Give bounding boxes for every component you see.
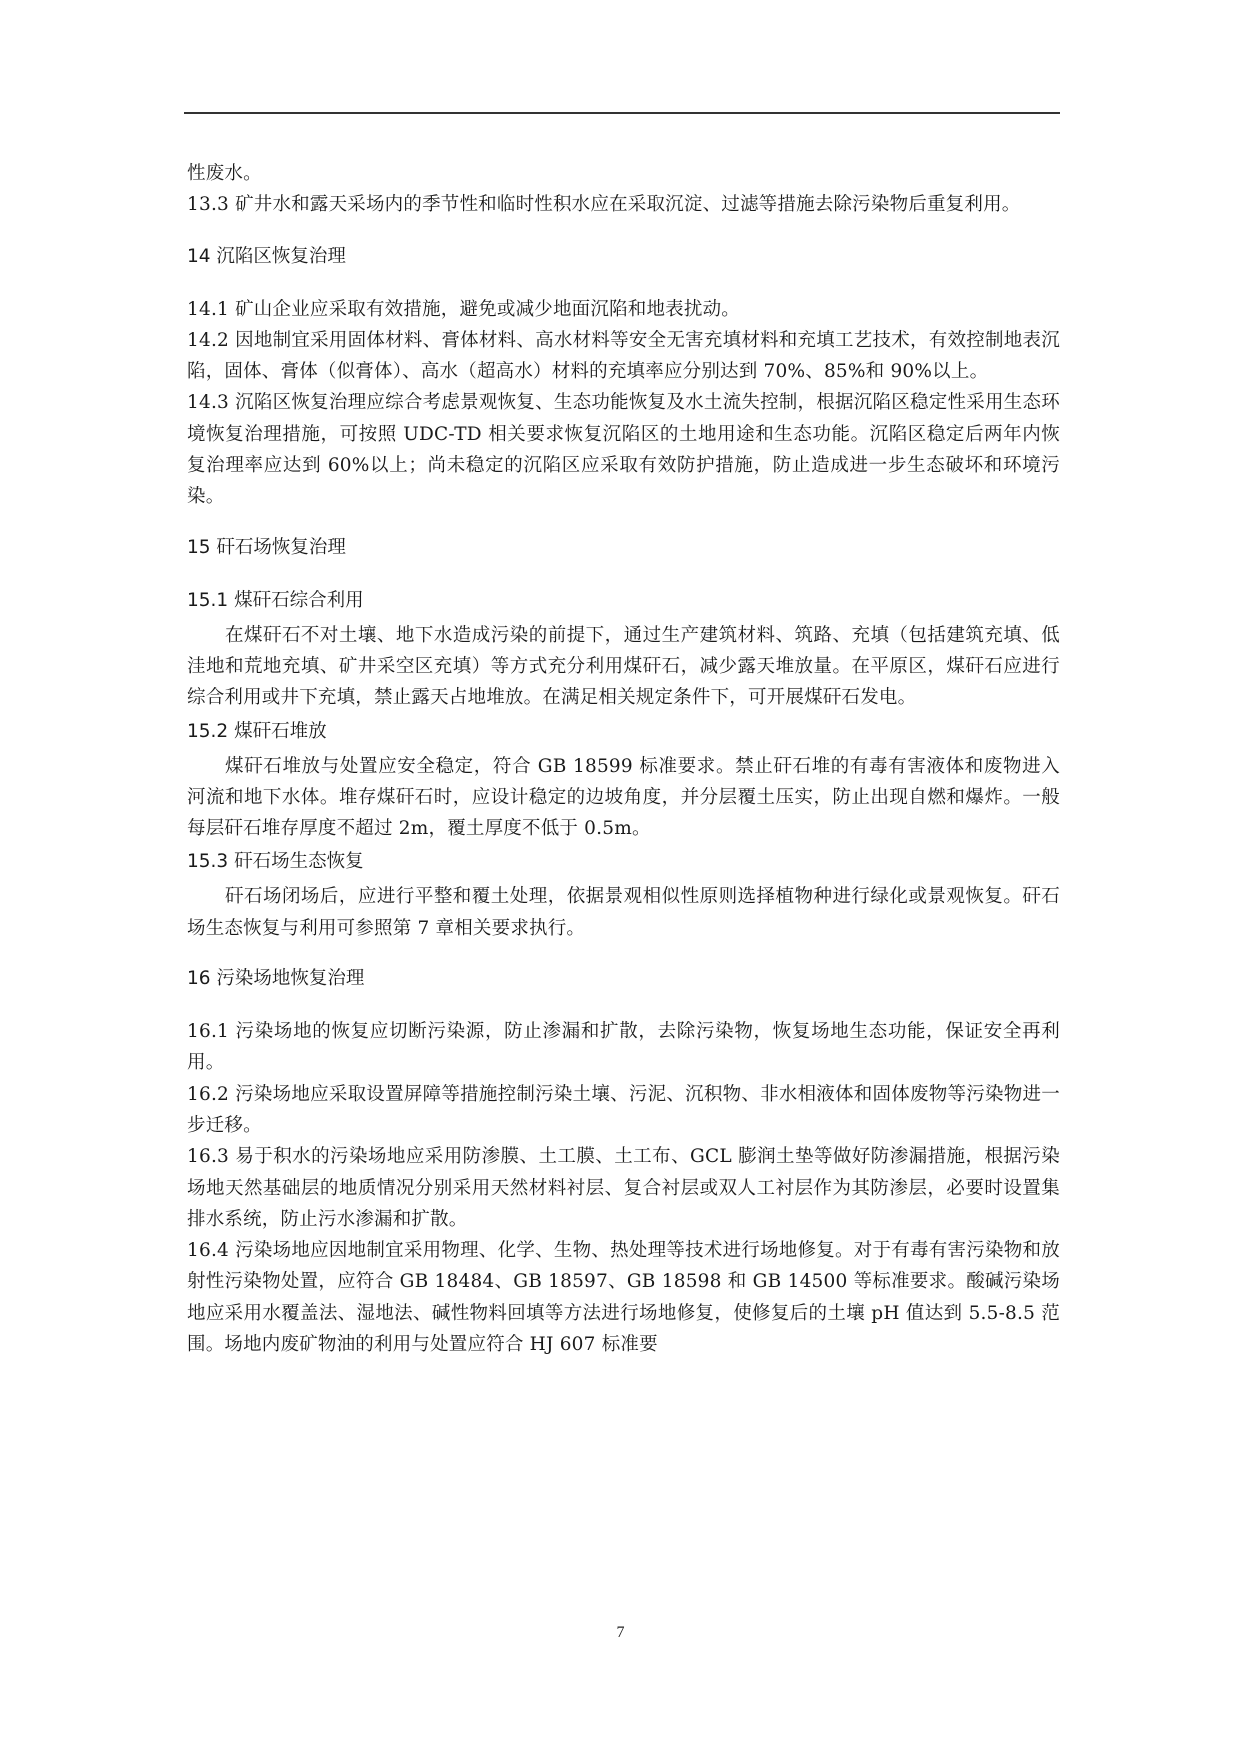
paragraph-16-2: 16.2 污染场地应采取设置屏障等措施控制污染土壤、污泥、沉积物、非水相液体和固…	[187, 1079, 1060, 1142]
heading-section-15-2: 15.2 煤矸石堆放	[187, 716, 1060, 747]
paragraph-16-1: 16.1 污染场地的恢复应切断污染源，防止渗漏和扩散，去除污染物，恢复场地生态功…	[187, 1016, 1060, 1079]
paragraph-15-2: 煤矸石堆放与处置应安全稳定，符合 GB 18599 标准要求。禁止矸石堆的有毒有…	[187, 751, 1060, 845]
heading-section-15-3: 15.3 矸石场生态恢复	[187, 846, 1060, 877]
paragraph-13-3: 13.3 矿井水和露天采场内的季节性和临时性积水应在采取沉淀、过滤等措施去除污染…	[187, 189, 1060, 220]
heading-section-15-1: 15.1 煤矸石综合利用	[187, 585, 1060, 616]
paragraph-15-1: 在煤矸石不对土壤、地下水造成污染的前提下，通过生产建筑材料、筑路、充填（包括建筑…	[187, 620, 1060, 714]
paragraph-14-2: 14.2 因地制宜采用固体材料、膏体材料、高水材料等安全无害充填材料和充填工艺技…	[187, 325, 1060, 388]
paragraph-15-3: 矸石场闭场后，应进行平整和覆土处理，依据景观相似性原则选择植物种进行绿化或景观恢…	[187, 881, 1060, 944]
paragraph-14-1: 14.1 矿山企业应采取有效措施，避免或减少地面沉陷和地表扰动。	[187, 294, 1060, 325]
paragraph-14-3: 14.3 沉陷区恢复治理应综合考虑景观恢复、生态功能恢复及水土流失控制，根据沉陷…	[187, 387, 1060, 512]
heading-section-14: 14 沉陷区恢复治理	[187, 241, 1060, 272]
document-body: 性废水。 13.3 矿井水和露天采场内的季节性和临时性积水应在采取沉淀、过滤等措…	[187, 158, 1060, 1360]
header-rule	[184, 112, 1060, 114]
paragraph-16-4: 16.4 污染场地应因地制宜采用物理、化学、生物、热处理等技术进行场地修复。对于…	[187, 1235, 1060, 1360]
paragraph-16-3: 16.3 易于积水的污染场地应采用防渗膜、土工膜、土工布、GCL 膨润土垫等做好…	[187, 1141, 1060, 1235]
paragraph-13-2-tail: 性废水。	[187, 158, 1060, 189]
heading-section-16: 16 污染场地恢复治理	[187, 963, 1060, 994]
heading-section-15: 15 矸石场恢复治理	[187, 532, 1060, 563]
page-number: 7	[0, 1624, 1241, 1642]
